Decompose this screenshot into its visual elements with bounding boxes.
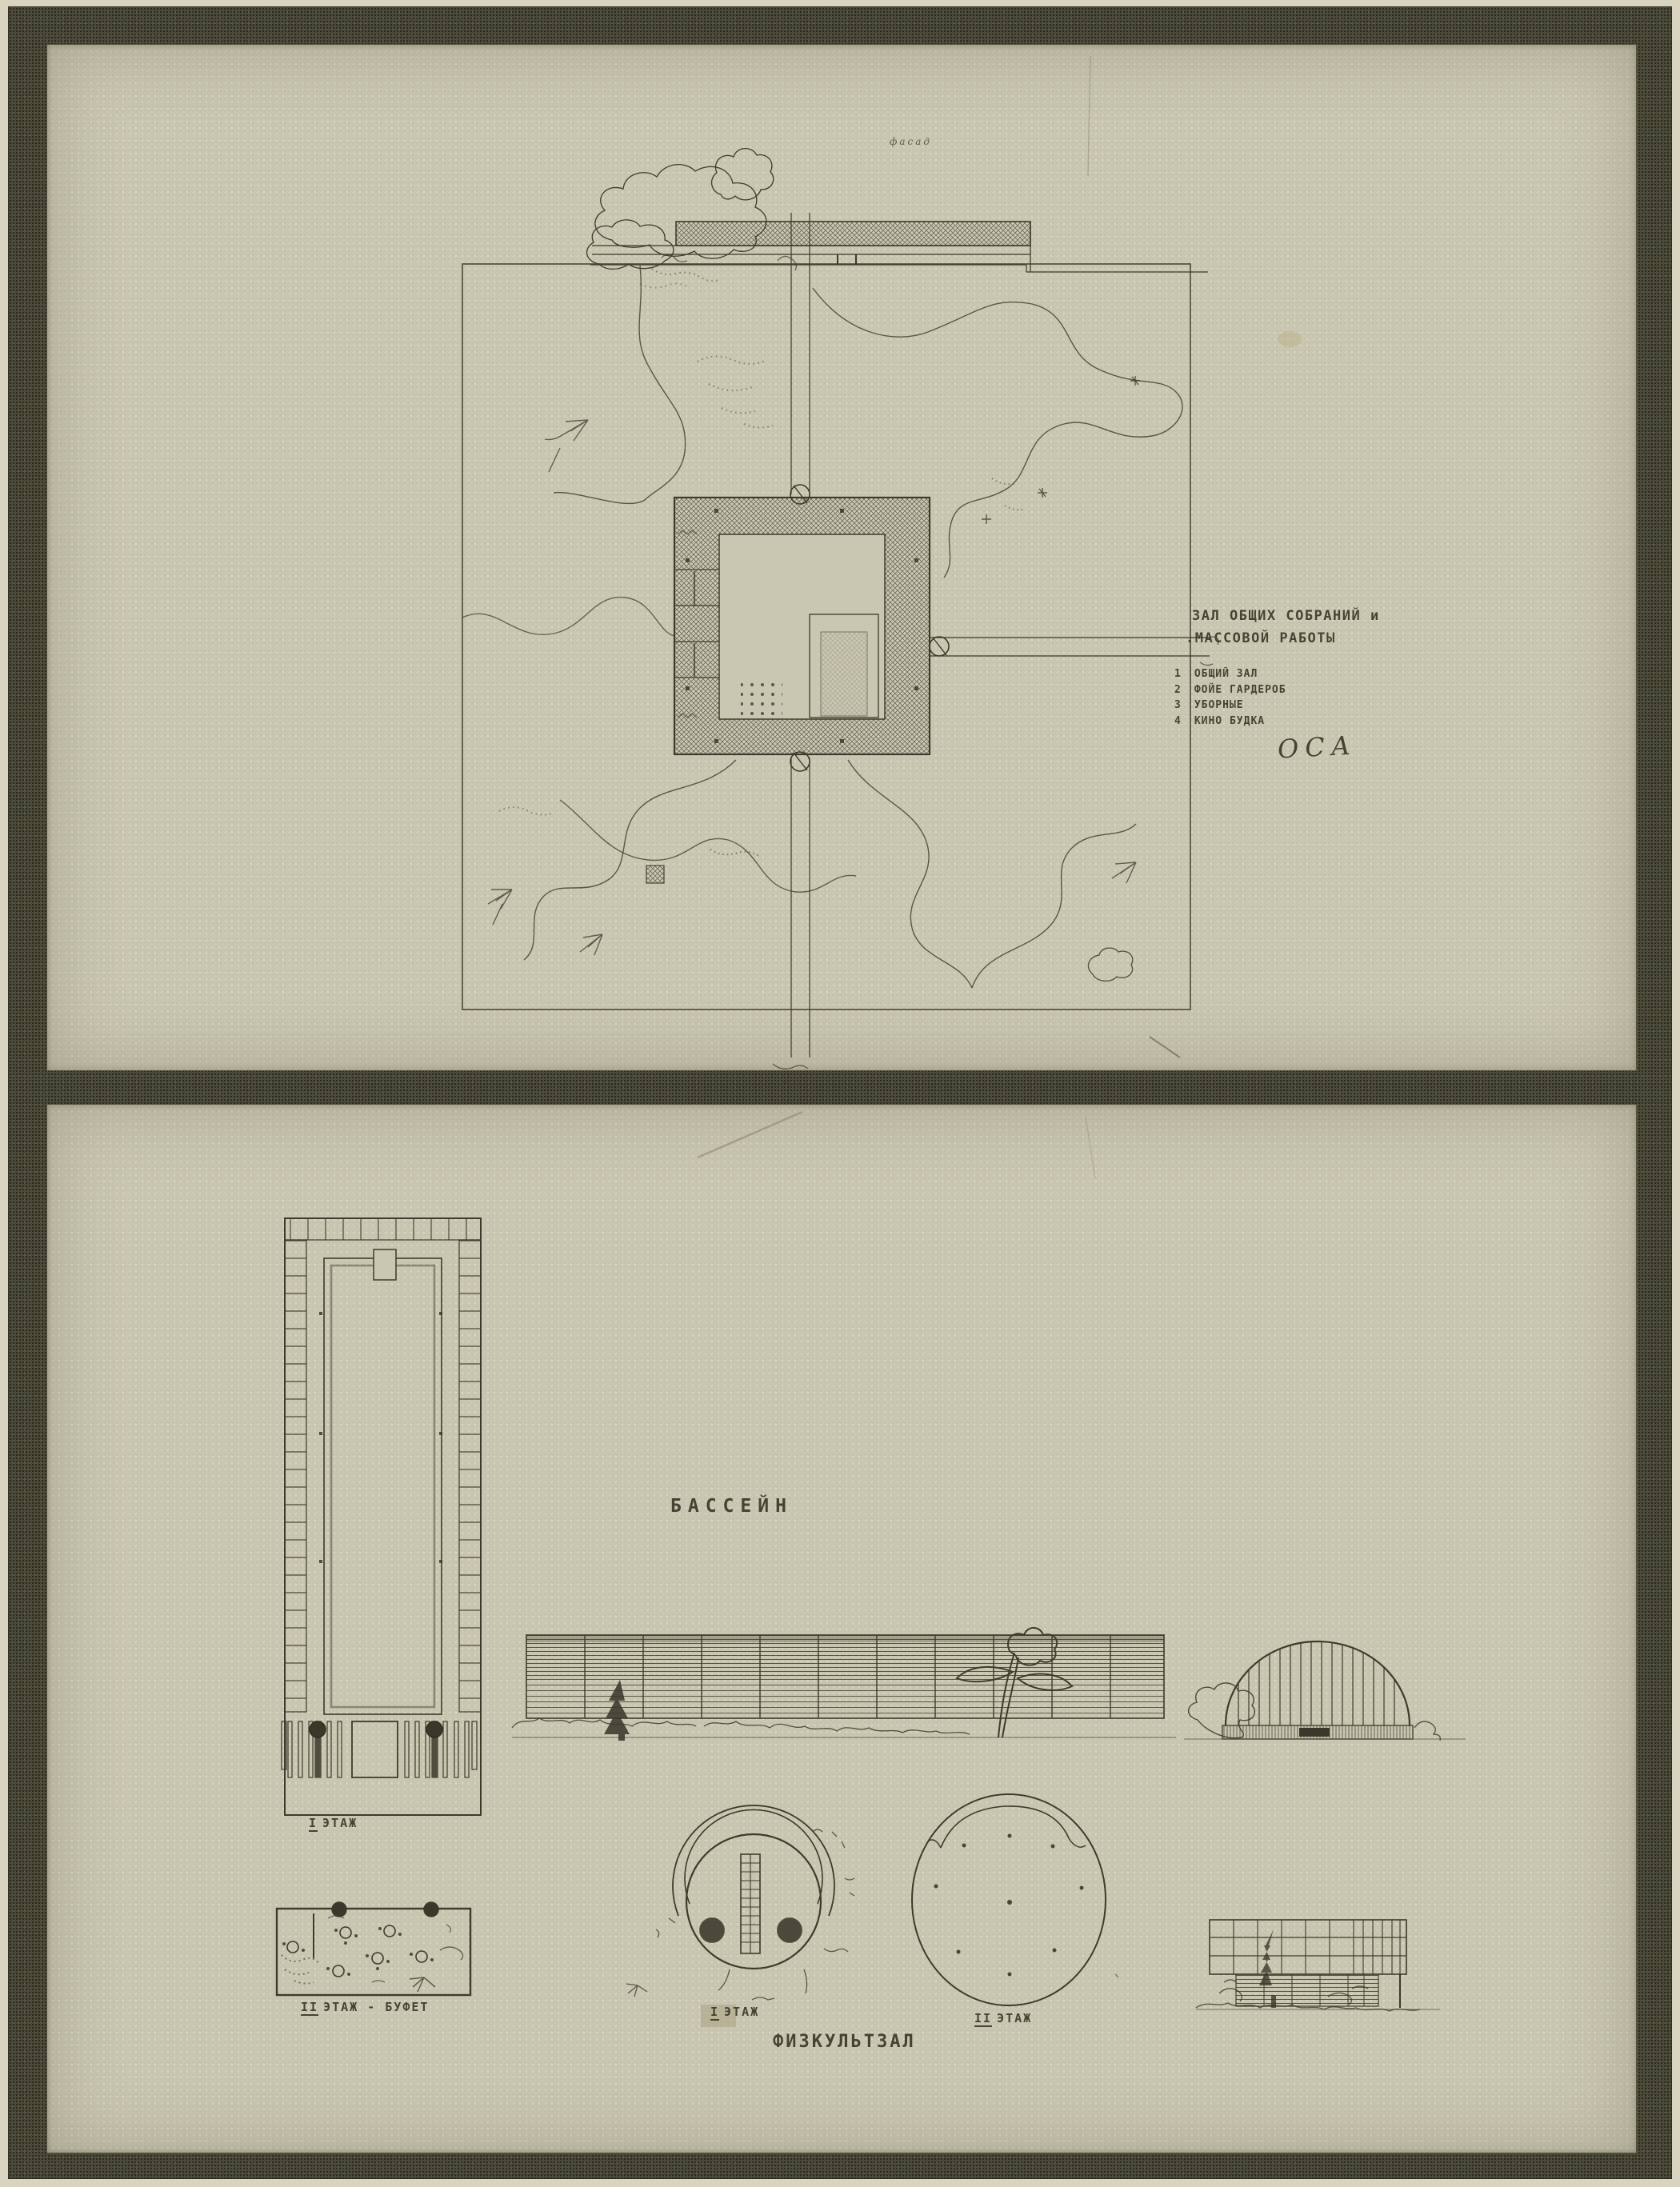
legend-item: 2 ФОЙЕ ГАРДЕРОБ [1174,682,1286,698]
buffet-plan-label: IIЭТАЖ - БУФЕТ [301,2000,429,2014]
facade-label: фасад [890,136,932,147]
gym-plan2-label: IIЭТАЖ [974,2011,1032,2025]
scanned-drawing-page: фасад ЗАЛ ОБЩИХ СОБРАНИЙ и .МАССОВОЙ РАБ… [0,0,1680,2187]
site-plan-legend: 1 ОБЩИЙ ЗАЛ 2 ФОЙЕ ГАРДЕРОБ 3 УБОРНЫЕ 4 … [1174,666,1286,729]
legend-item: 4 КИНО БУДКА [1174,714,1286,730]
osa-signature: ОСА [1277,730,1358,764]
pool-title: БАССЕЙН [670,1496,793,1517]
site-plan-title-line2: .МАССОВОЙ РАБОТЫ [1186,627,1380,650]
site-plan-panel [46,44,1637,1071]
legend-item: 1 ОБЩИЙ ЗАЛ [1174,666,1286,682]
site-plan-title-line1: ЗАЛ ОБЩИХ СОБРАНИЙ и [1192,605,1380,627]
pool-plan-floor-label: IЭТАЖ [309,1816,358,1830]
pool-gym-panel [46,1104,1637,2153]
site-plan-title: ЗАЛ ОБЩИХ СОБРАНИЙ и .МАССОВОЙ РАБОТЫ [1192,605,1380,650]
legend-item: 3 УБОРНЫЕ [1174,698,1286,714]
gym-title: ФИЗКУЛЬТЗАЛ [773,2032,916,2052]
gym-plan1-label: IЭТАЖ [710,2005,759,2019]
